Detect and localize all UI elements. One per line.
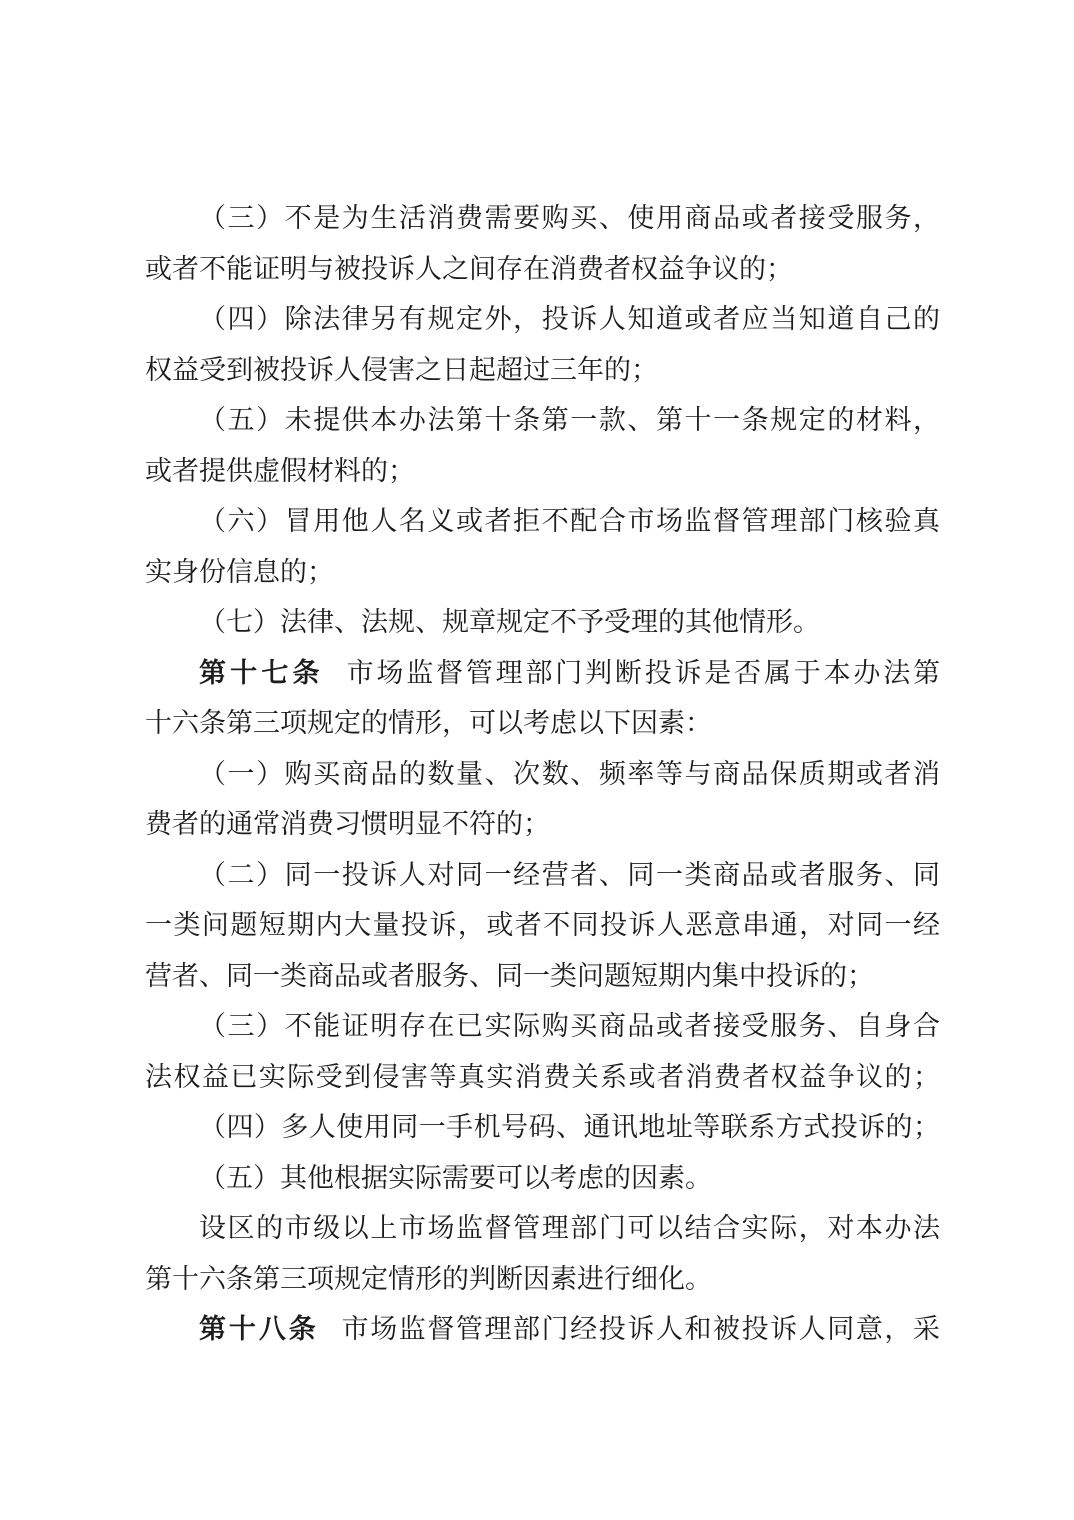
line-text: 或者提供虚假材料的； [145,456,415,486]
text-line: 十六条第三项规定的情形，可以考虑以下因素： [145,698,940,749]
line-text: （一）购买商品的数量、次数、频率等与商品保质期或者消 [199,759,940,789]
article-heading-line: 第十八条市场监督管理部门经投诉人和被投诉人同意，采 [145,1304,940,1355]
text-line: （四）多人使用同一手机号码、通讯地址等联系方式投诉的； [145,1102,940,1153]
line-text: （六）冒用他人名义或者拒不配合市场监督管理部门核验真 [199,506,940,536]
text-line: （五）其他根据实际需要可以考虑的因素。 [145,1153,940,1204]
line-text: 权益受到被投诉人侵害之日起超过三年的； [145,355,658,385]
text-line: （二）同一投诉人对同一经营者、同一类商品或者服务、同 [145,850,940,901]
text-line: 实身份信息的； [145,547,940,598]
line-text: （二）同一投诉人对同一经营者、同一类商品或者服务、同 [199,860,940,890]
text-line: 一类问题短期内大量投诉，或者不同投诉人恶意串通，对同一经 [145,900,940,951]
text-line: （五）未提供本办法第十条第一款、第十一条规定的材料， [145,395,940,446]
article-number: 第十七条 [199,658,324,688]
text-line: 营者、同一类商品或者服务、同一类问题短期内集中投诉的； [145,951,940,1002]
line-text: 或者不能证明与被投诉人之间存在消费者权益争议的； [145,254,793,284]
line-text: 费者的通常消费习惯明显不符的； [145,809,550,839]
document-page: （三）不是为生活消费需要购买、使用商品或者接受服务，或者不能证明与被投诉人之间存… [0,0,1074,1520]
text-line: 设区的市级以上市场监督管理部门可以结合实际，对本办法 [145,1203,940,1254]
text-line: （一）购买商品的数量、次数、频率等与商品保质期或者消 [145,749,940,800]
line-text: 第十六条第三项规定情形的判断因素进行细化。 [145,1264,712,1294]
text-line: 权益受到被投诉人侵害之日起超过三年的； [145,345,940,396]
article-number: 第十八条 [199,1314,319,1344]
line-text: （五）其他根据实际需要可以考虑的因素。 [199,1163,712,1193]
text-line: 或者提供虚假材料的； [145,446,940,497]
text-line: （三）不是为生活消费需要购买、使用商品或者接受服务， [145,193,940,244]
line-text: 十六条第三项规定的情形，可以考虑以下因素： [145,708,712,738]
line-text: 市场监督管理部门经投诉人和被投诉人同意，采 [342,1314,940,1344]
line-text: （三）不是为生活消费需要购买、使用商品或者接受服务， [199,203,940,233]
text-line: 第十六条第三项规定情形的判断因素进行细化。 [145,1254,940,1305]
text-line: （三）不能证明存在已实际购买商品或者接受服务、自身合 [145,1001,940,1052]
text-line: （四）除法律另有规定外，投诉人知道或者应当知道自己的 [145,294,940,345]
text-line: 法权益已实际受到侵害等真实消费关系或者消费者权益争议的； [145,1052,940,1103]
line-text: （五）未提供本办法第十条第一款、第十一条规定的材料， [199,405,940,435]
text-line: 或者不能证明与被投诉人之间存在消费者权益争议的； [145,244,940,295]
line-text: （七）法律、法规、规章规定不予受理的其他情形。 [199,607,820,637]
document-body: （三）不是为生活消费需要购买、使用商品或者接受服务，或者不能证明与被投诉人之间存… [145,193,940,1355]
line-text: 一类问题短期内大量投诉，或者不同投诉人恶意串通，对同一经 [145,910,940,940]
line-text: 营者、同一类商品或者服务、同一类问题短期内集中投诉的； [145,961,874,991]
text-line: 费者的通常消费习惯明显不符的； [145,799,940,850]
line-text: 设区的市级以上市场监督管理部门可以结合实际，对本办法 [199,1213,940,1243]
line-text: （三）不能证明存在已实际购买商品或者接受服务、自身合 [199,1011,940,1041]
line-text: 市场监督管理部门判断投诉是否属于本办法第 [347,658,940,688]
line-text: （四）除法律另有规定外，投诉人知道或者应当知道自己的 [199,304,940,334]
line-text: （四）多人使用同一手机号码、通讯地址等联系方式投诉的； [199,1112,940,1142]
text-line: （六）冒用他人名义或者拒不配合市场监督管理部门核验真 [145,496,940,547]
line-text: 法权益已实际受到侵害等真实消费关系或者消费者权益争议的； [145,1062,940,1092]
text-line: （七）法律、法规、规章规定不予受理的其他情形。 [145,597,940,648]
article-heading-line: 第十七条市场监督管理部门判断投诉是否属于本办法第 [145,648,940,699]
line-text: 实身份信息的； [145,557,334,587]
